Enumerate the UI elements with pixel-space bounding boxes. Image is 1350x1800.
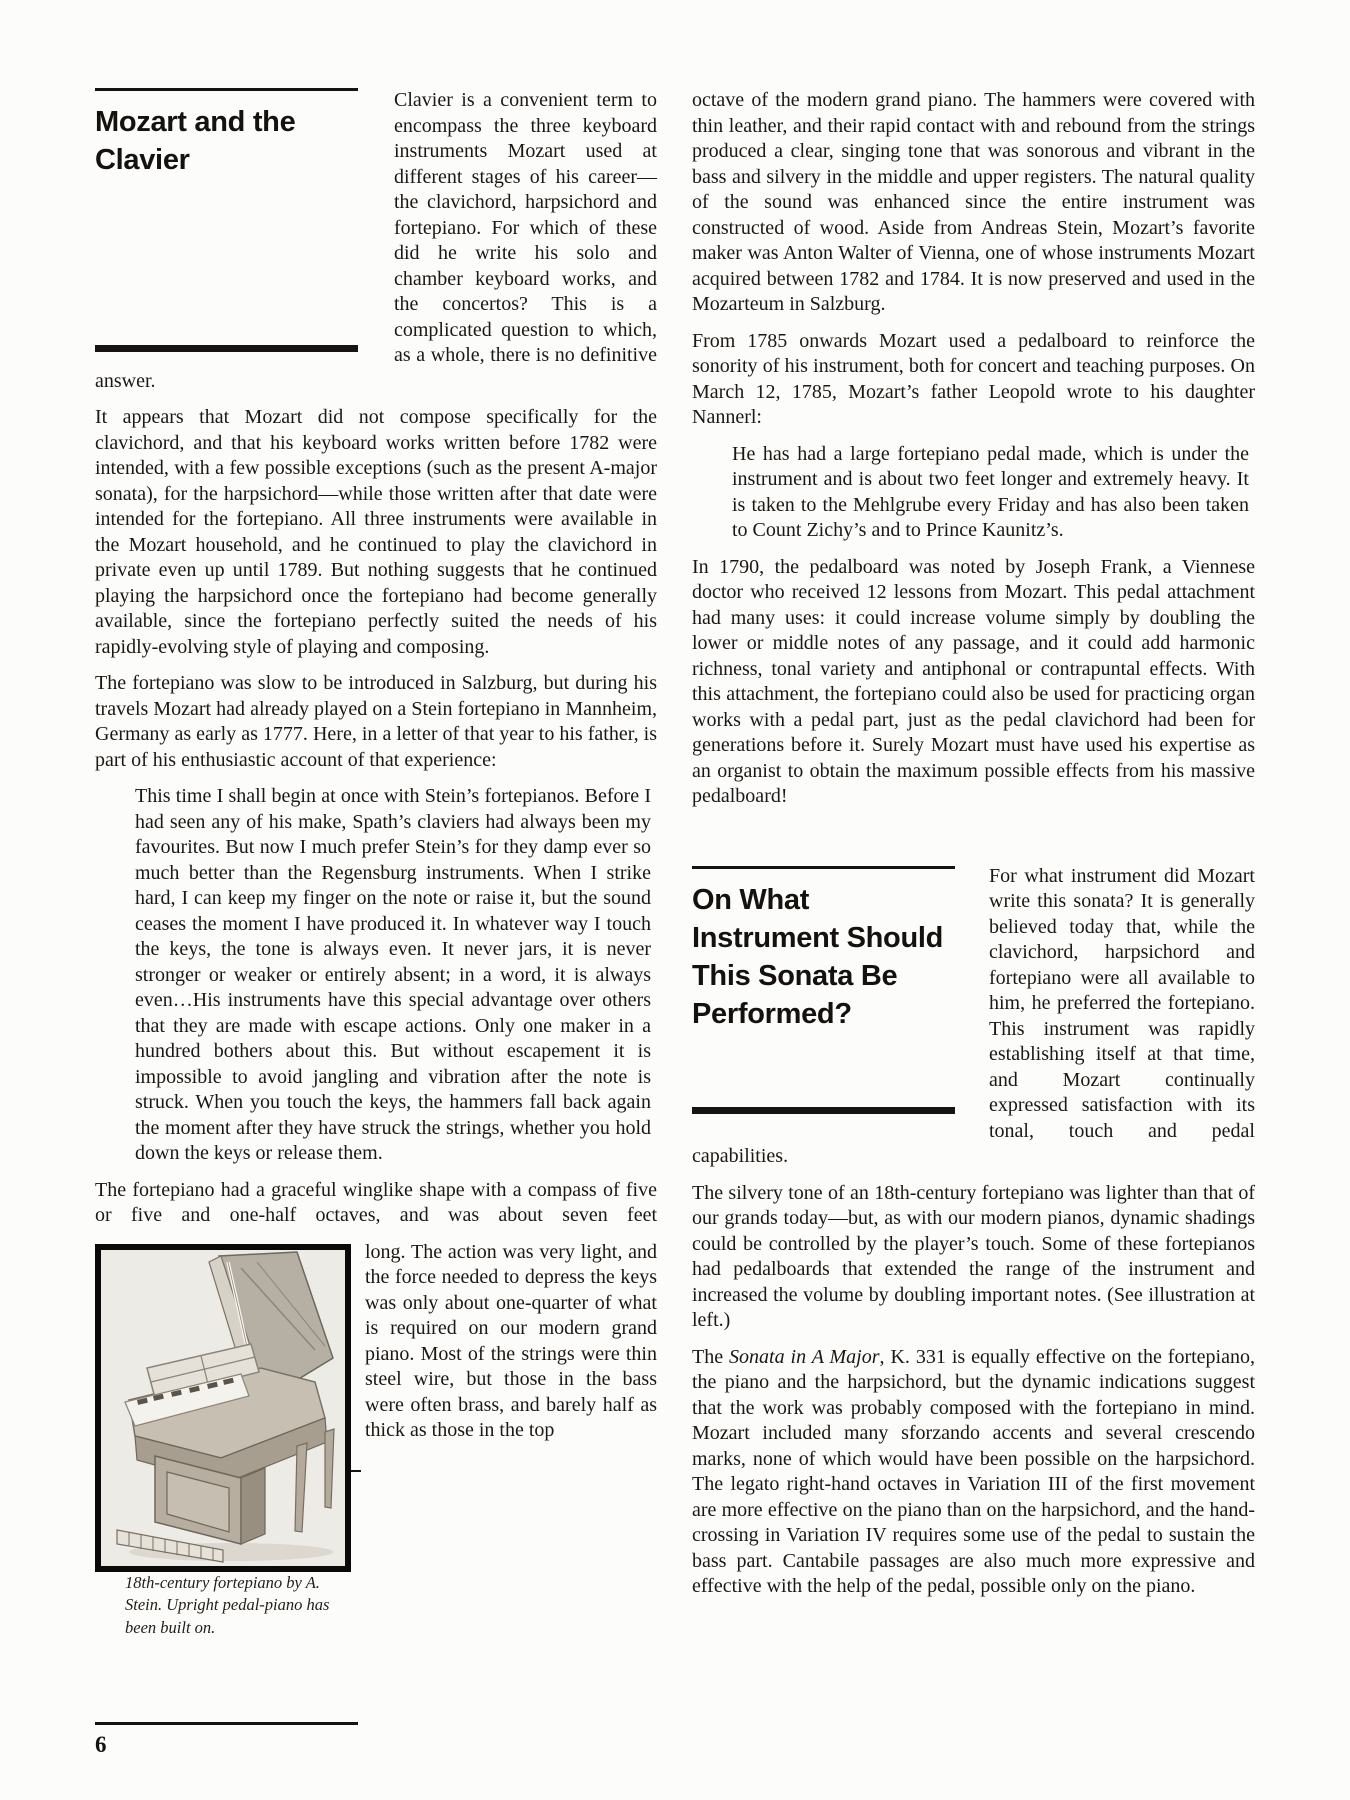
heading-bottom-rule bbox=[95, 345, 358, 352]
section-title-line: Performed? bbox=[692, 998, 852, 1030]
heading-top-rule bbox=[692, 866, 955, 869]
paragraph-compose: It appears that Mozart did not compose s… bbox=[95, 405, 657, 660]
fortepiano-photo bbox=[95, 1244, 351, 1572]
sonata-title-italic: Sonata in A Major bbox=[729, 1346, 879, 1368]
sonata-text: , K. 331 is equally effective on the for… bbox=[692, 1346, 1255, 1598]
folio: 6 bbox=[95, 1722, 358, 1757]
section-title-line: On What bbox=[692, 884, 809, 916]
left-column: Mozart and the Clavier Clavier is a conv… bbox=[95, 88, 657, 1639]
paragraph-shape-start: The fortepiano had a graceful winglike s… bbox=[95, 1178, 657, 1229]
paragraph-salzburg: The fortepiano was slow to be introduced… bbox=[95, 671, 657, 773]
section-title-line: Instrument Should bbox=[692, 922, 943, 954]
paragraph-frank: In 1790, the pedalboard was noted by Jos… bbox=[692, 555, 1255, 810]
heading-bottom-rule bbox=[692, 1107, 955, 1114]
section-title-line: This Sonata Be bbox=[692, 960, 897, 992]
fortepiano-illustration bbox=[101, 1250, 345, 1566]
paragraph-octave: octave of the modern grand piano. The ha… bbox=[692, 88, 1255, 318]
section-heading-on-what-instrument: On What Instrument Should This Sonata Be… bbox=[692, 866, 955, 1114]
section-title-line: Clavier bbox=[95, 144, 190, 176]
heading-top-rule bbox=[95, 88, 358, 91]
section-title-line: Mozart and the bbox=[95, 106, 295, 138]
paragraph-silvery-tone: The silvery tone of an 18th-century fort… bbox=[692, 1181, 1255, 1334]
paragraph-sonata-k331: The Sonata in A Major, K. 331 is equally… bbox=[692, 1345, 1255, 1600]
section-title: Mozart and the Clavier bbox=[95, 103, 358, 179]
blockquote-leopold-letter: He has had a large fortepiano pedal made… bbox=[732, 442, 1249, 544]
blockquote-stein-letter: This time I shall begin at once with Ste… bbox=[135, 784, 651, 1167]
section-on-what-instrument: On What Instrument Should This Sonata Be… bbox=[692, 864, 1255, 1170]
page-number: 6 bbox=[95, 1733, 358, 1757]
paragraph-pedalboard: From 1785 onwards Mozart used a pedalboa… bbox=[692, 329, 1255, 431]
folio-rule bbox=[95, 1722, 358, 1725]
figure-section: long. The action was very light, and the… bbox=[95, 1240, 657, 1640]
right-column: octave of the modern grand piano. The ha… bbox=[692, 88, 1255, 1611]
book-page: Mozart and the Clavier Clavier is a conv… bbox=[0, 0, 1350, 1800]
section-heading-mozart-and-the-clavier: Mozart and the Clavier bbox=[95, 88, 358, 352]
section-title: On What Instrument Should This Sonata Be… bbox=[692, 881, 955, 1033]
sonata-text: The bbox=[692, 1346, 729, 1368]
